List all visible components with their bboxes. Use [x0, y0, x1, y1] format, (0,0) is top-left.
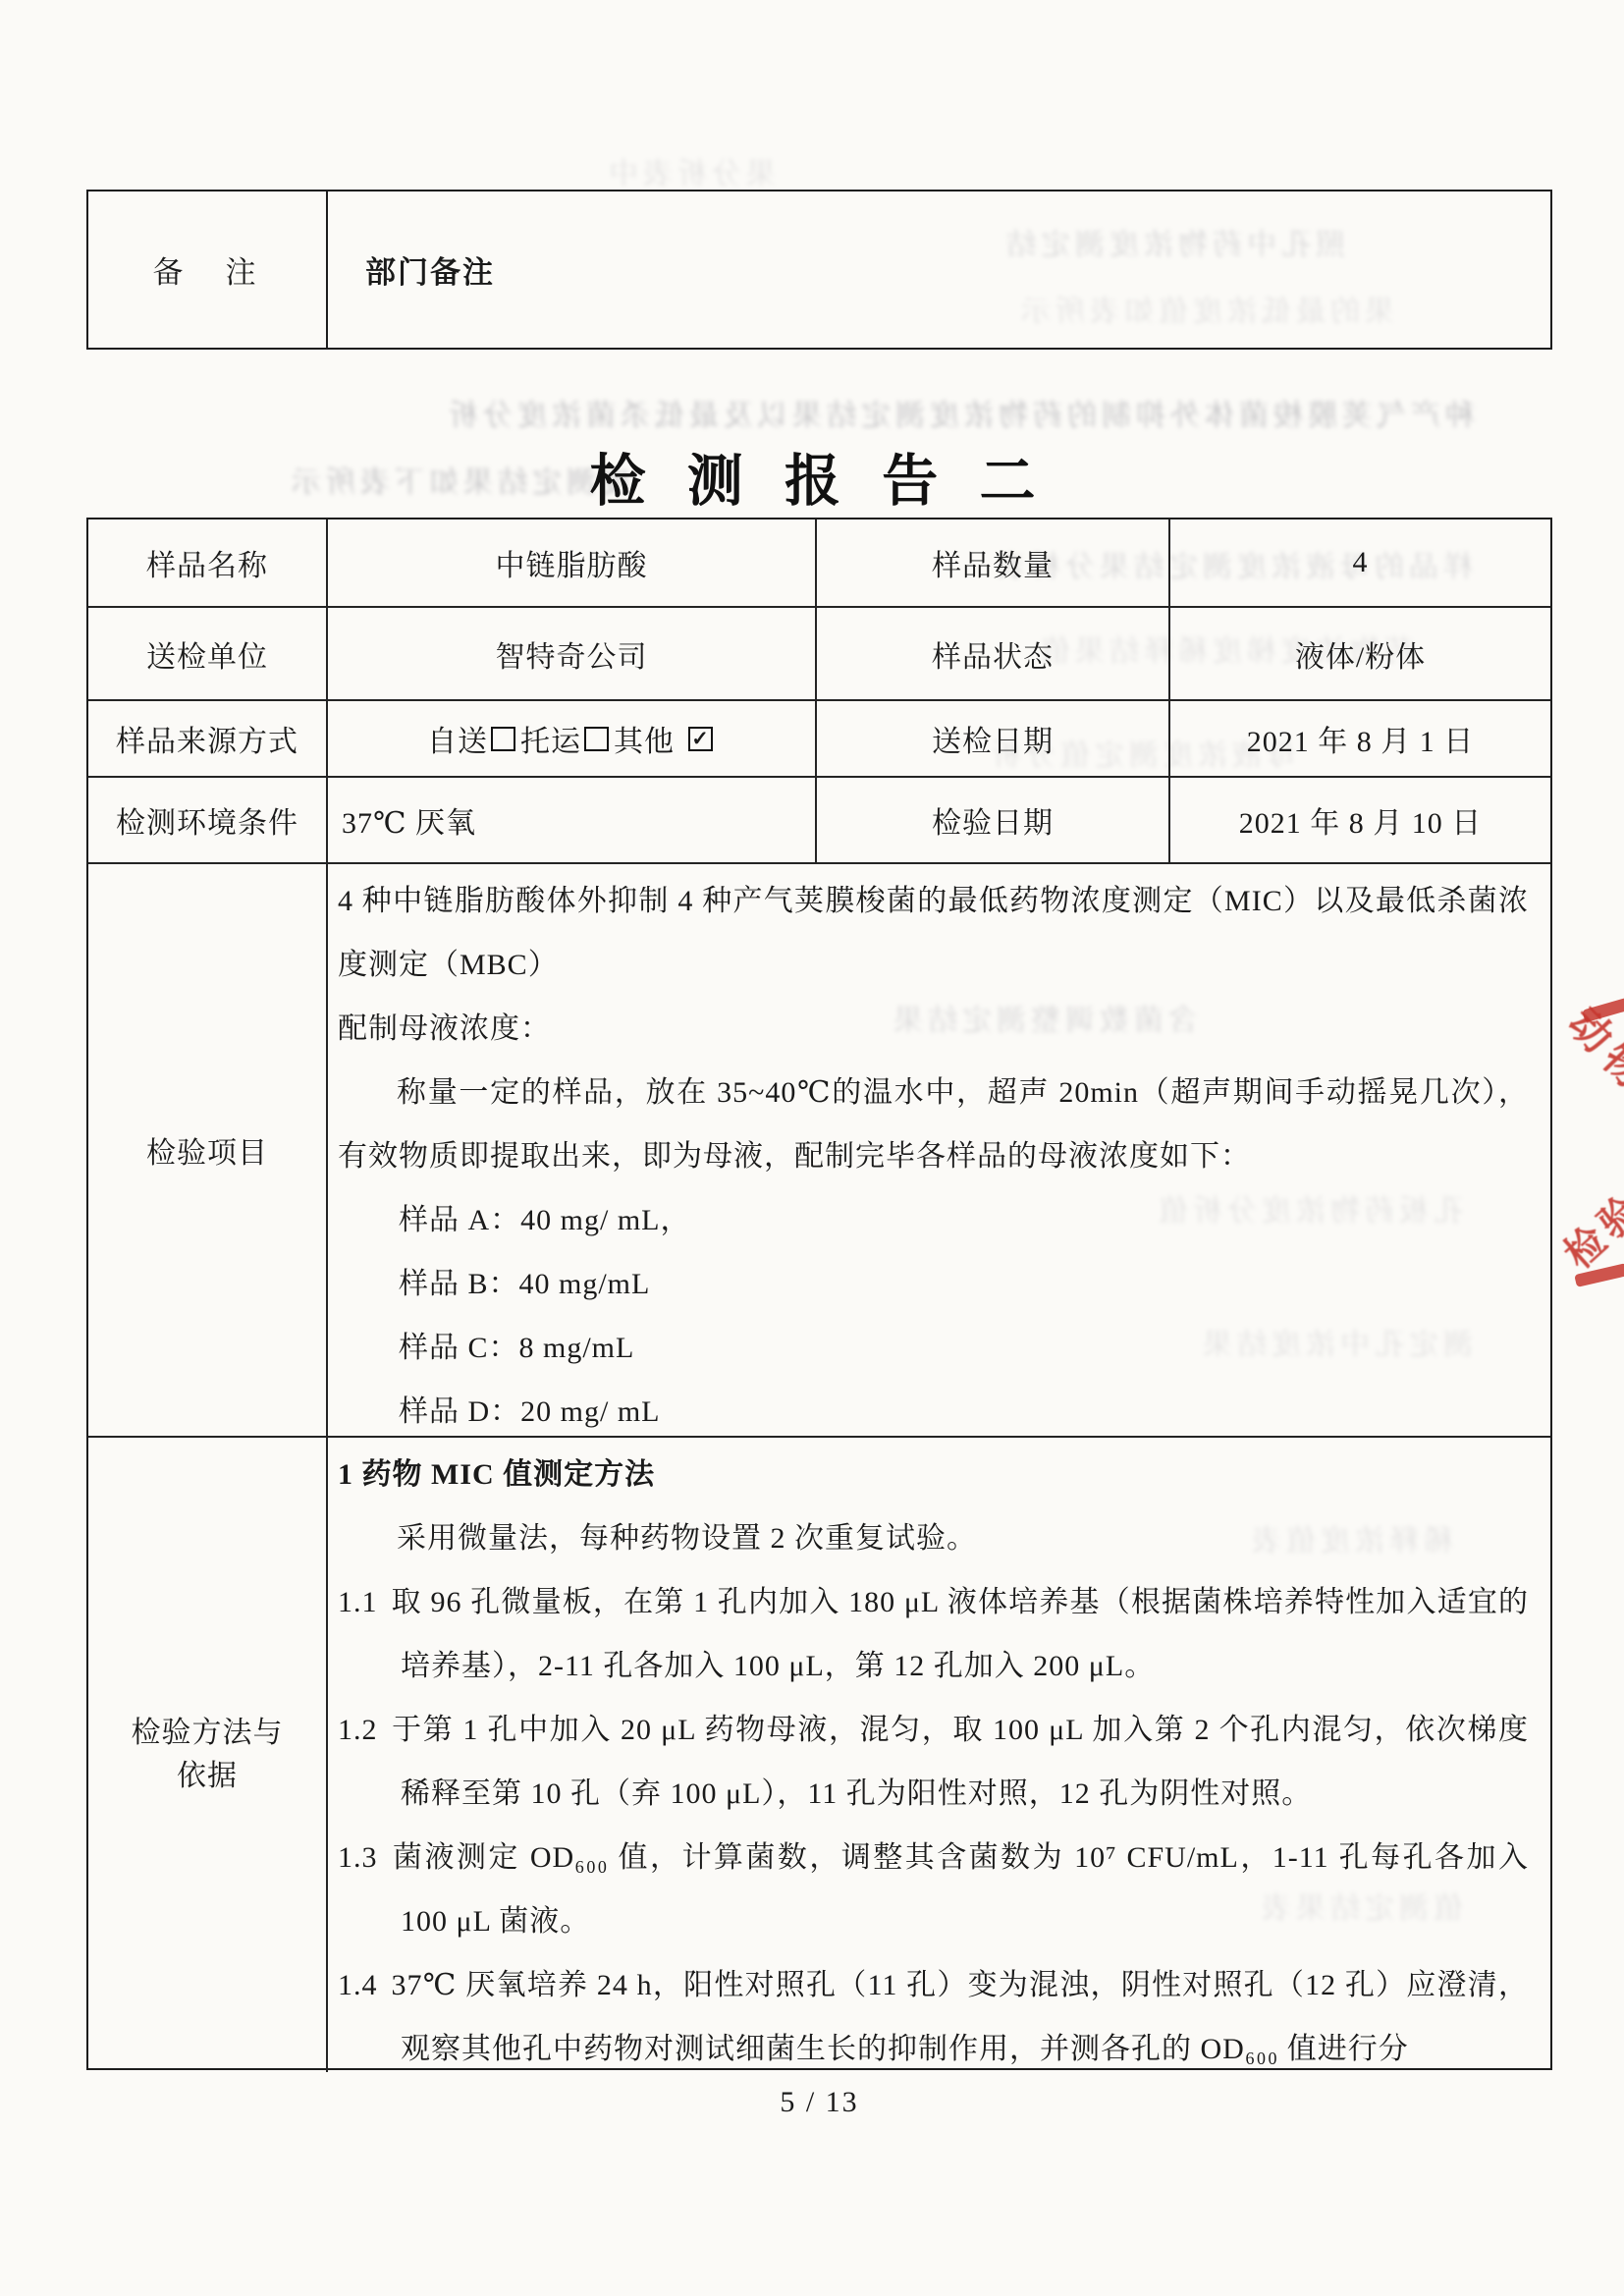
value-submitting-unit: 智特奇公司 — [328, 608, 817, 701]
step-text: 37℃ 厌氧培养 24 h，阳性对照孔（11 孔）变为混浊，阴性对照孔（12 孔… — [392, 1969, 1530, 2065]
method-step: 1.1取 96 孔微量板，在第 1 孔内加入 180 μL 液体培养基（根据菌株… — [338, 1570, 1529, 1698]
sample-concentration-d: 样品 D：20 mg/ mL — [338, 1380, 1529, 1444]
value-sample-name: 中链脂肪酸 — [328, 519, 817, 608]
label-sample-source: 样品来源方式 — [88, 701, 328, 778]
inspection-items-content: 4 种中链脂肪酸体外抑制 4 种产气荚膜梭菌的最低药物浓度测定（MIC）以及最低… — [328, 864, 1550, 1438]
step-text: 于第 1 孔中加入 20 μL 药物母液，混匀，取 100 μL 加入第 2 个… — [392, 1714, 1530, 1810]
step-text: 菌液测定 OD₆₀₀ 值，计算菌数，调整其含菌数为 10⁷ CFU/mL，1-1… — [392, 1841, 1530, 1938]
label-sample-name: 样品名称 — [88, 519, 328, 608]
option-consign: 托运 — [520, 717, 612, 760]
option-other: 其他 ✓ — [614, 717, 716, 760]
step-number: 1.1 — [338, 1586, 378, 1618]
stamp-text-lower: 检验 — [1550, 1177, 1624, 1280]
sample-concentration-a: 样品 A：40 mg/ mL， — [338, 1188, 1529, 1252]
items-paragraph: 配制母液浓度： — [338, 997, 1529, 1061]
stamp-arc-bar — [1582, 998, 1624, 1023]
step-number: 1.2 — [338, 1714, 378, 1746]
stamp-arc-bar — [1574, 1263, 1624, 1287]
label-line: 检验方法与 — [132, 1712, 284, 1755]
option-label: 自送 — [427, 717, 488, 760]
step-number: 1.3 — [338, 1841, 378, 1874]
label-sample-quantity: 样品数量 — [817, 519, 1170, 608]
items-paragraph: 称量一定的样品，放在 35~40℃的温水中，超声 20min（超声期间手动摇晃几… — [338, 1061, 1529, 1188]
methods-heading: 1 药物 MIC 值测定方法 — [338, 1443, 1529, 1506]
option-label: 托运 — [520, 717, 581, 760]
value-submission-date: 2021 年 8 月 1 日 — [1170, 701, 1550, 778]
step-number: 1.4 — [338, 1969, 378, 2001]
label-submission-date: 送检日期 — [817, 701, 1170, 778]
remark-label: 备 注 — [88, 191, 328, 348]
bleedthrough-text: 种产气荚膜梭菌体外抑制的药物浓度测定结果以及最低杀菌浓度分析 — [208, 391, 1475, 434]
check-icon: ✓ — [691, 729, 710, 749]
report-info-table: 样品名称 中链脂肪酸 样品数量 4 送检单位 智特奇公司 样品状态 液体/粉体 … — [86, 518, 1552, 2070]
method-step: 1.437℃ 厌氧培养 24 h，阳性对照孔（11 孔）变为混浊，阴性对照孔（1… — [338, 1953, 1529, 2081]
bleedthrough-text: 果分析表中 — [383, 149, 776, 192]
value-inspection-date: 2021 年 8 月 10 日 — [1170, 778, 1550, 864]
label-inspection-items: 检验项目 — [88, 864, 328, 1438]
value-sample-state: 液体/粉体 — [1170, 608, 1550, 701]
label-inspection-methods: 检验方法与 依据 — [88, 1438, 328, 2072]
method-step: 1.2于第 1 孔中加入 20 μL 药物母液，混匀，取 100 μL 加入第 … — [338, 1698, 1529, 1826]
label-submitting-unit: 送检单位 — [88, 608, 328, 701]
label-sample-state: 样品状态 — [817, 608, 1170, 701]
page-number: 5 / 13 — [86, 2086, 1552, 2119]
checkbox-consign — [584, 727, 609, 751]
checkbox-other-checked: ✓ — [688, 727, 713, 751]
label-line: 依据 — [177, 1755, 238, 1798]
sample-concentration-c: 样品 C：8 mg/mL — [338, 1316, 1529, 1380]
label-inspection-date: 检验日期 — [817, 778, 1170, 864]
inspection-methods-content: 1 药物 MIC 值测定方法 采用微量法，每种药物设置 2 次重复试验。 1.1… — [328, 1438, 1550, 2072]
value-sample-quantity: 4 — [1170, 519, 1550, 608]
remark-value: 部门备注 — [328, 191, 1550, 348]
option-label: 其他 — [614, 717, 675, 760]
stamp-text-upper: 动物 — [1557, 993, 1624, 1105]
page-title: 检 测 报 告 二 — [86, 436, 1552, 517]
sample-concentration-b: 样品 B：40 mg/mL — [338, 1252, 1529, 1316]
items-paragraph: 4 种中链脂肪酸体外抑制 4 种产气荚膜梭菌的最低药物浓度测定（MIC）以及最低… — [338, 869, 1529, 997]
methods-intro: 采用微量法，每种药物设置 2 次重复试验。 — [338, 1506, 1529, 1570]
checkbox-self-delivery — [491, 727, 515, 751]
option-self-delivery: 自送 — [427, 717, 518, 760]
value-test-environment: 37℃ 厌氧 — [328, 778, 817, 864]
value-sample-source: 自送 托运 其他 ✓ — [328, 701, 817, 778]
sample-source-options: 自送 托运 其他 ✓ — [427, 717, 716, 760]
label-test-environment: 检测环境条件 — [88, 778, 328, 864]
step-text: 取 96 孔微量板，在第 1 孔内加入 180 μL 液体培养基（根据菌株培养特… — [392, 1586, 1530, 1682]
method-step: 1.3菌液测定 OD₆₀₀ 值，计算菌数，调整其含菌数为 10⁷ CFU/mL，… — [338, 1826, 1529, 1953]
document-page: 果分析表中 照孔中药物浓度测定结 果的最低浓度值如表所示 种产气荚膜梭菌体外抑制… — [0, 0, 1624, 2296]
remark-table: 备 注 部门备注 — [86, 190, 1552, 350]
